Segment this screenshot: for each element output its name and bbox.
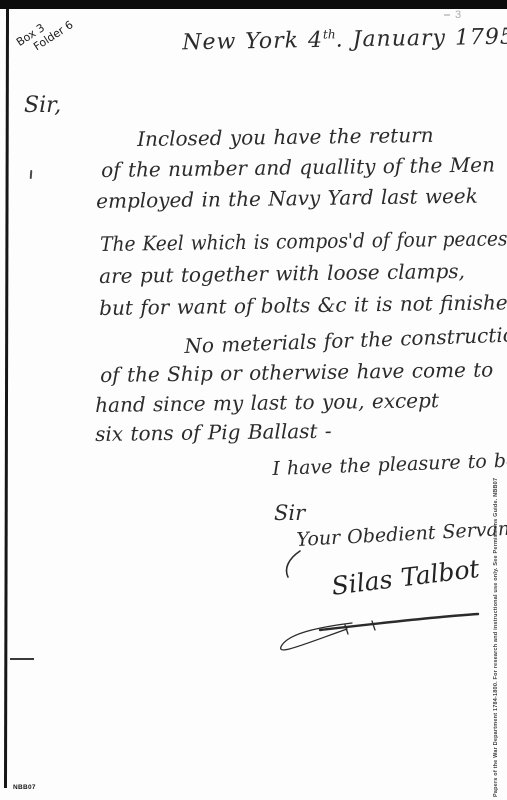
letter-body-line: hand since my last to you, except: [95, 388, 439, 417]
box-folder-note: Box 3 Folder 6: [14, 7, 76, 60]
closing-line: I have the pleasure to be: [272, 449, 507, 480]
page-number-dash: [444, 14, 450, 16]
date-line: New York 4th. January 1795-: [182, 24, 507, 55]
letter-body-line: of the Ship or otherwise have come to: [100, 358, 493, 387]
date-suffix: . January 1795-: [335, 24, 507, 52]
letter-body-line: of the number and quallity of the Men: [101, 153, 495, 182]
scan-top-border: [0, 0, 507, 9]
page-number: 3: [455, 9, 461, 21]
letter-body-line: but for want of bolts &c it is not finis…: [99, 290, 507, 320]
date-superscript: th: [323, 27, 336, 41]
salutation: Sir,: [24, 93, 61, 118]
closing-line: Sir: [274, 501, 305, 525]
date-prefix: New York 4: [182, 28, 323, 55]
letter-body-line: No meterials for the constructio: [184, 322, 507, 358]
catalog-code: NBB07: [13, 784, 36, 791]
letter-scan-page: Box 3 Folder 6 3 New York 4th. January 1…: [0, 0, 507, 800]
signature-flourish-icon: [272, 545, 487, 660]
stray-ink-mark: [30, 170, 33, 179]
letter-body-line: are put together with loose clamps,: [99, 259, 465, 288]
letter-body-line: The Keel which is compos'd of four peace…: [100, 226, 507, 256]
letter-body-line: employed in the Navy Yard last week: [96, 184, 478, 213]
letter-body-line: Inclosed you have the return: [137, 123, 434, 151]
scan-left-border: [4, 9, 9, 788]
rights-strip: Papers of the War Department 1784-1800. …: [493, 533, 499, 797]
stray-ink-mark: [10, 658, 34, 660]
letter-body-line: six tons of Pig Ballast -: [95, 419, 332, 446]
